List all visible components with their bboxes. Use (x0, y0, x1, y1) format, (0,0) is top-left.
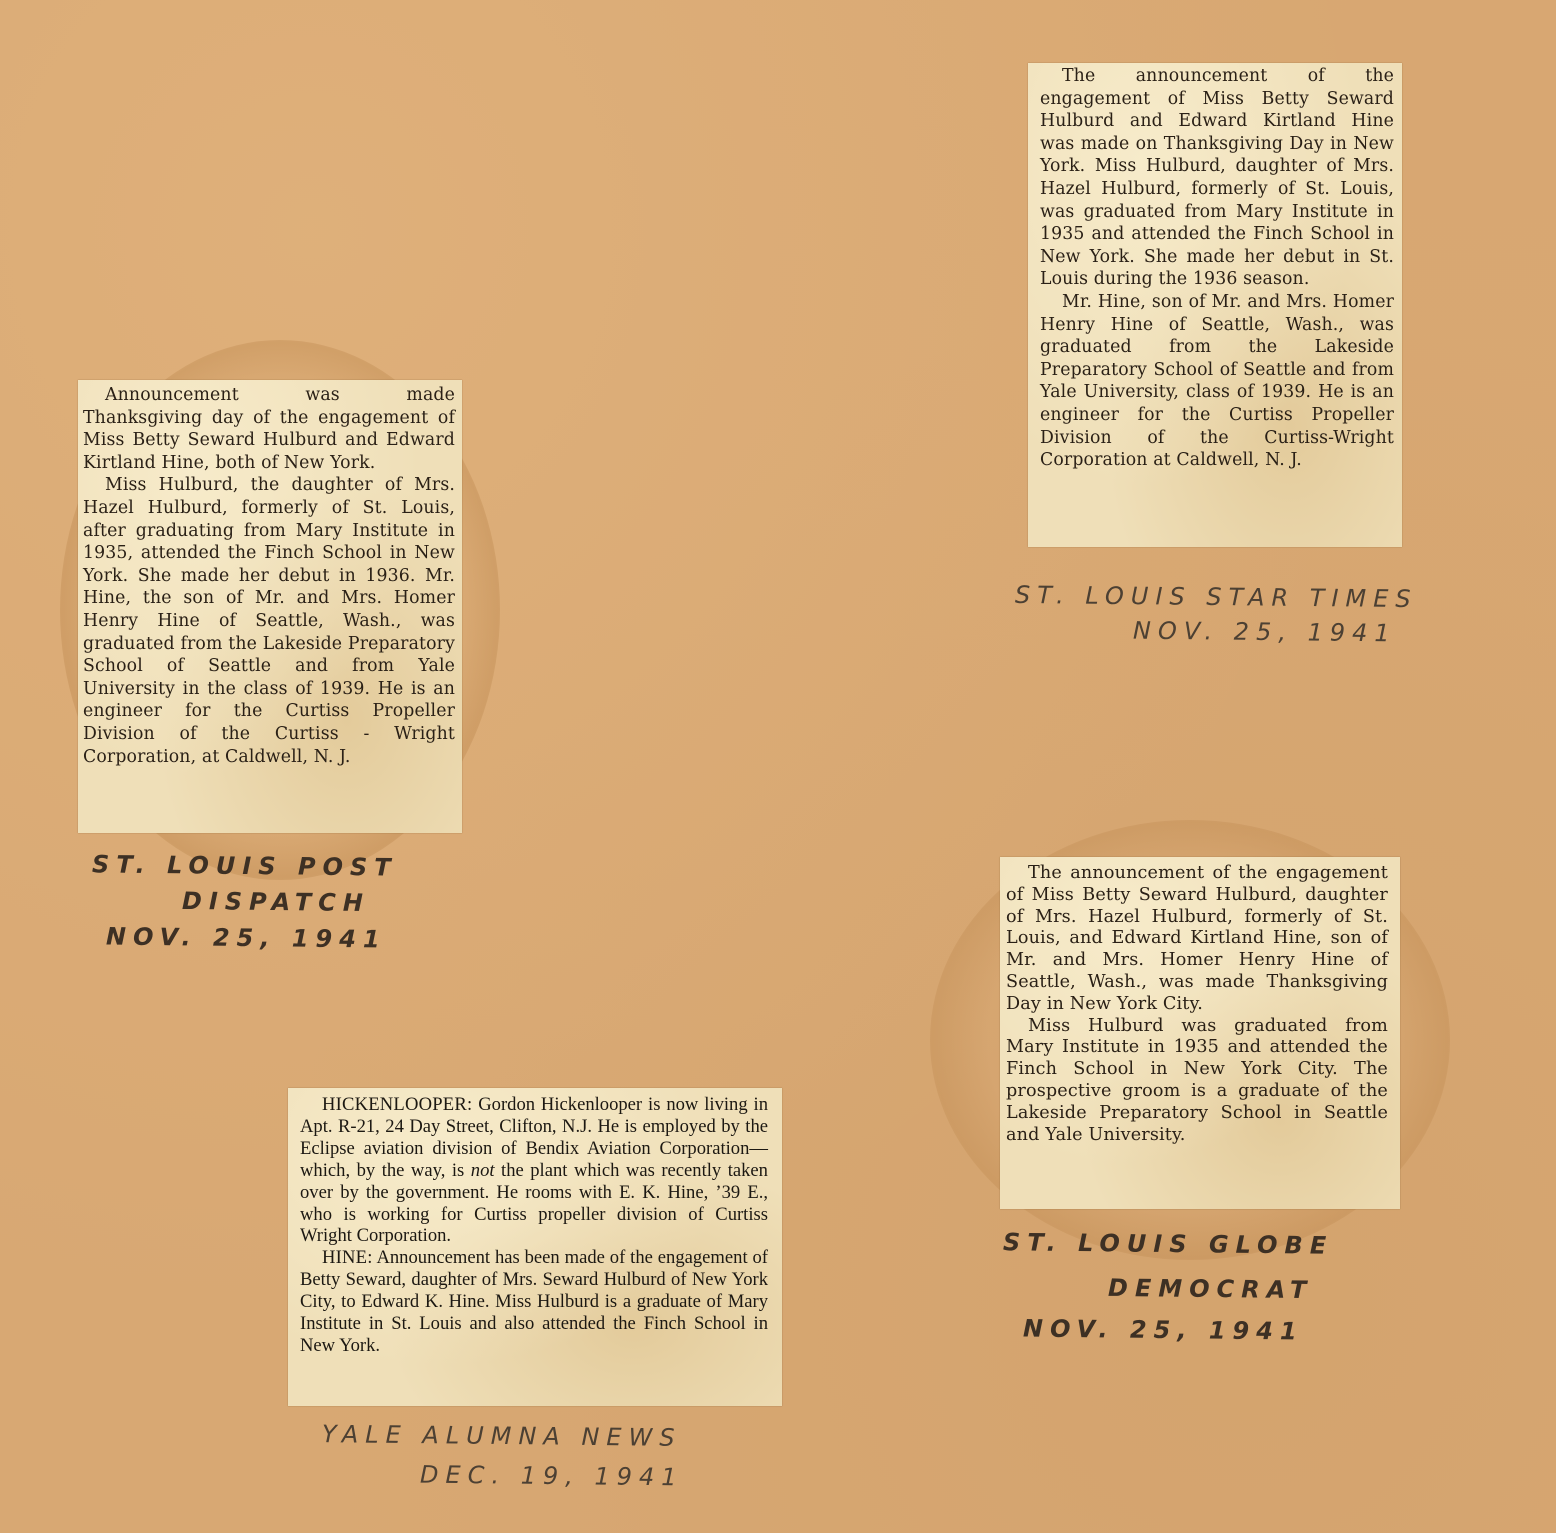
caption-yale-date: DEC. 19, 1941 (420, 1461, 684, 1492)
clipping-paragraph-hine: HINE: Announcement has been made of the … (300, 1247, 768, 1357)
clipping-paragraph: The announcement of the engagement of Mi… (1006, 863, 1388, 1016)
clipping-paragraph: Mr. Hine, son of Mr. and Mrs. Homer Henr… (1040, 291, 1394, 472)
entry-name: HICKENLOOPER: (322, 1094, 472, 1115)
clipping-paragraph-hickenlooper: HICKENLOOPER: Gordon Hickenlooper is now… (300, 1094, 768, 1247)
caption-post-dispatch-title-2: DISPATCH (182, 887, 370, 917)
caption-post-dispatch-title: ST. LOUIS POST (92, 850, 398, 881)
caption-post-dispatch-date: NOV. 25, 1941 (106, 923, 387, 954)
clipping-post-dispatch: Announcement was made Thanksgiving day o… (78, 380, 462, 833)
clipping-paragraph: Miss Hulburd, the daughter of Mrs. Hazel… (83, 474, 455, 768)
caption-globe-democrat-title: ST. LOUIS GLOBE (1003, 1228, 1333, 1259)
entry-name: HINE: (322, 1247, 373, 1268)
clipping-globe-democrat: The announcement of the engagement of Mi… (1000, 857, 1400, 1209)
clipping-paragraph: The announcement of the engagement of Mi… (1040, 65, 1394, 291)
caption-star-times-date: NOV. 25, 1941 (1133, 617, 1397, 648)
entry-emphasis: not (471, 1160, 495, 1181)
caption-yale-title: YALE ALUMNA NEWS (322, 1420, 682, 1452)
clipping-paragraph: Miss Hulburd was graduated from Mary Ins… (1006, 1016, 1388, 1147)
clipping-paragraph: Announcement was made Thanksgiving day o… (83, 384, 455, 474)
caption-star-times-title: ST. LOUIS STAR TIMES (1015, 581, 1418, 613)
clipping-yale-alumni-news: HICKENLOOPER: Gordon Hickenlooper is now… (288, 1088, 782, 1406)
caption-globe-democrat-date: NOV. 25, 1941 (1023, 1315, 1304, 1346)
caption-globe-democrat-title-2: DEMOCRAT (1108, 1274, 1314, 1304)
clipping-star-times: The announcement of the engagement of Mi… (1028, 63, 1402, 547)
